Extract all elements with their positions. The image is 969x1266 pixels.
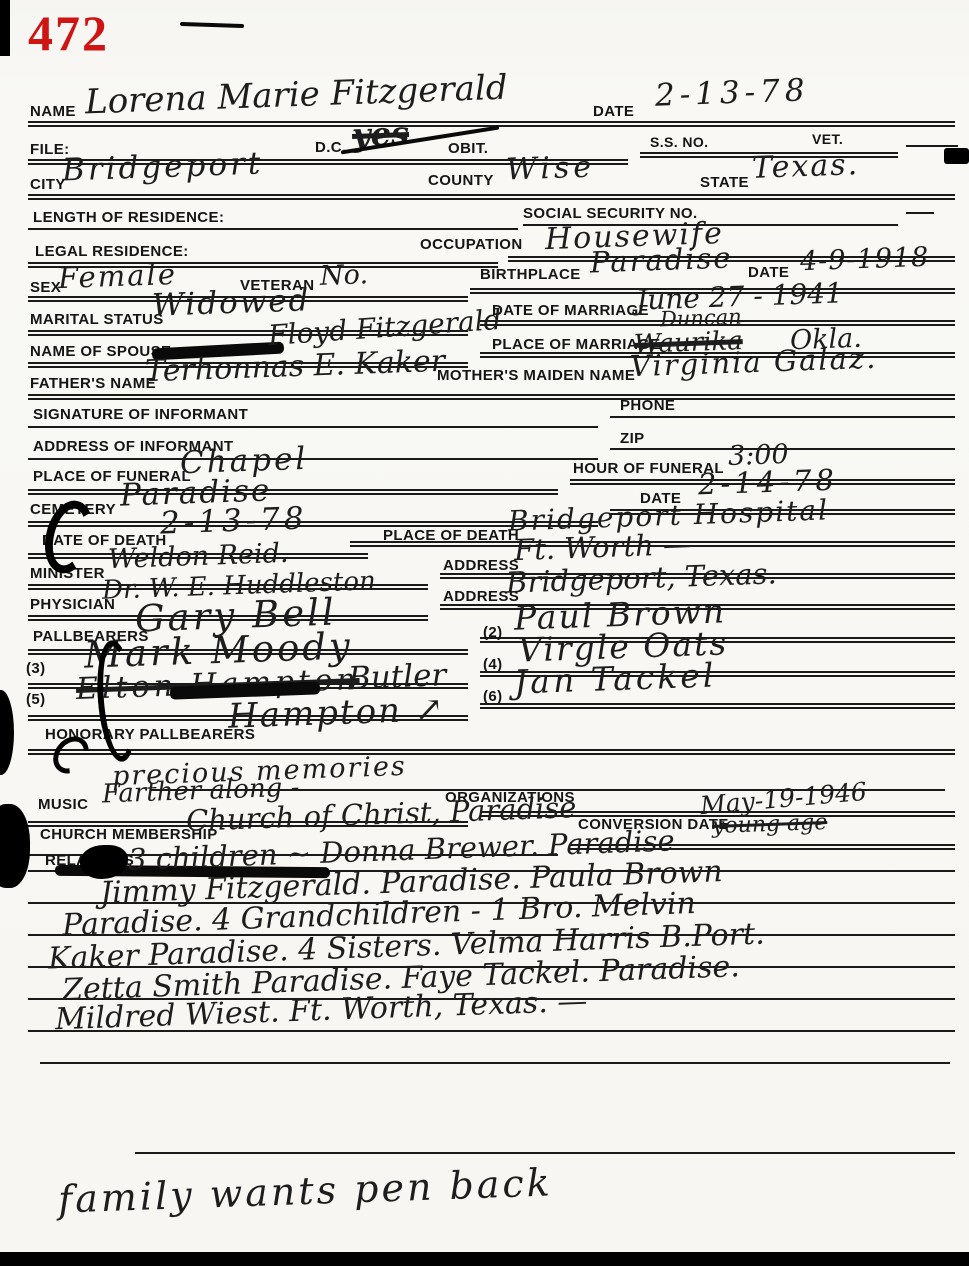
pallbearer-4-number: (4): [483, 656, 503, 673]
name-value: Lorena Marie Fitzgerald: [85, 71, 509, 120]
ssno-label: S.S. NO.: [650, 134, 708, 150]
pallbearer-5-number: (5): [26, 691, 46, 708]
occupation-label: OCCUPATION: [420, 236, 523, 253]
pen-stroke: [180, 22, 244, 28]
rule-line: [906, 212, 934, 214]
rule-line: [40, 1062, 950, 1064]
funeral-record-card: 472 NAME Lorena Marie Fitzgerald DATE 2-…: [0, 0, 969, 1266]
date-of-death-value: 2-13-78: [160, 503, 309, 539]
minister-value: Weldon Reid.: [108, 540, 289, 573]
rule-line: [28, 489, 558, 491]
ink-blot: [0, 690, 14, 775]
birthplace-value: Paradise: [590, 244, 733, 278]
signature-of-informant-label: SIGNATURE OF INFORMANT: [33, 406, 248, 423]
length-of-residence-label: LENGTH OF RESIDENCE:: [33, 209, 224, 226]
scan-edge-mark: [944, 148, 969, 164]
phone-label: PHONE: [620, 397, 675, 414]
date-of-marriage-label: DATE OF MARRIAGE: [492, 302, 649, 319]
place-of-death-label: PLACE OF DEATH: [383, 527, 519, 544]
marital-status-value: Widowed: [152, 285, 311, 322]
rule-line: [28, 394, 955, 396]
vet-label: VET.: [812, 131, 843, 147]
obit-label: OBIT.: [448, 140, 488, 157]
date-value: 2-13-78: [655, 75, 811, 111]
mothers-maiden-name-value: Virginia Galaz.: [630, 344, 878, 382]
veteran-value: No.: [320, 261, 369, 290]
mothers-maiden-name-label: MOTHER'S MAIDEN NAME: [437, 367, 635, 384]
name-label: NAME: [30, 103, 76, 120]
scan-edge-mark: [0, 0, 10, 56]
conversion-date-struck: young age: [712, 812, 828, 838]
date-label: DATE: [593, 103, 634, 120]
county-label: COUNTY: [428, 172, 494, 189]
rule-line: [28, 194, 955, 196]
scan-bottom-bar: [0, 1252, 969, 1266]
rule-line: [480, 703, 955, 705]
sex-label: SEX: [30, 279, 61, 296]
city-label: CITY: [30, 176, 66, 193]
rule-line: [28, 426, 598, 428]
rule-line: [906, 145, 958, 147]
card-number: 472: [28, 4, 109, 62]
state-value: Texas.: [752, 150, 860, 184]
rule-line: [28, 458, 598, 460]
city-value: Bridgeport: [62, 148, 264, 186]
ink-blot: [0, 804, 30, 888]
birth-date-value: 4-9-1918: [800, 244, 930, 275]
pallbearer-6-number: (6): [483, 688, 503, 705]
honorary-pallbearers-value: Hampton ↗: [227, 692, 445, 734]
pallbearer-2-number: (2): [483, 624, 503, 641]
rule-line: [610, 416, 955, 418]
zip-label: ZIP: [620, 430, 645, 447]
pallbearer-3-number: (3): [26, 660, 46, 677]
music-label: MUSIC: [38, 796, 88, 813]
rule-line: [28, 749, 955, 751]
fathers-name-value: Terhonnas E. Kaker: [145, 347, 446, 387]
state-label: STATE: [700, 174, 749, 191]
pallbearer-6: Jan Tackel: [513, 658, 716, 698]
fathers-name-label: FATHER'S NAME: [30, 375, 156, 392]
marital-status-label: MARITAL STATUS: [30, 311, 164, 328]
physician-address-value: Bridgeport, Texas.: [506, 559, 778, 597]
county-value: Wise: [506, 152, 596, 185]
rule-line: [135, 1152, 955, 1154]
rule-line: [28, 121, 955, 123]
rule-line: [28, 228, 518, 230]
footer-note: family wants pen back: [57, 1163, 553, 1218]
birthplace-label: BIRTHPLACE: [480, 266, 581, 283]
